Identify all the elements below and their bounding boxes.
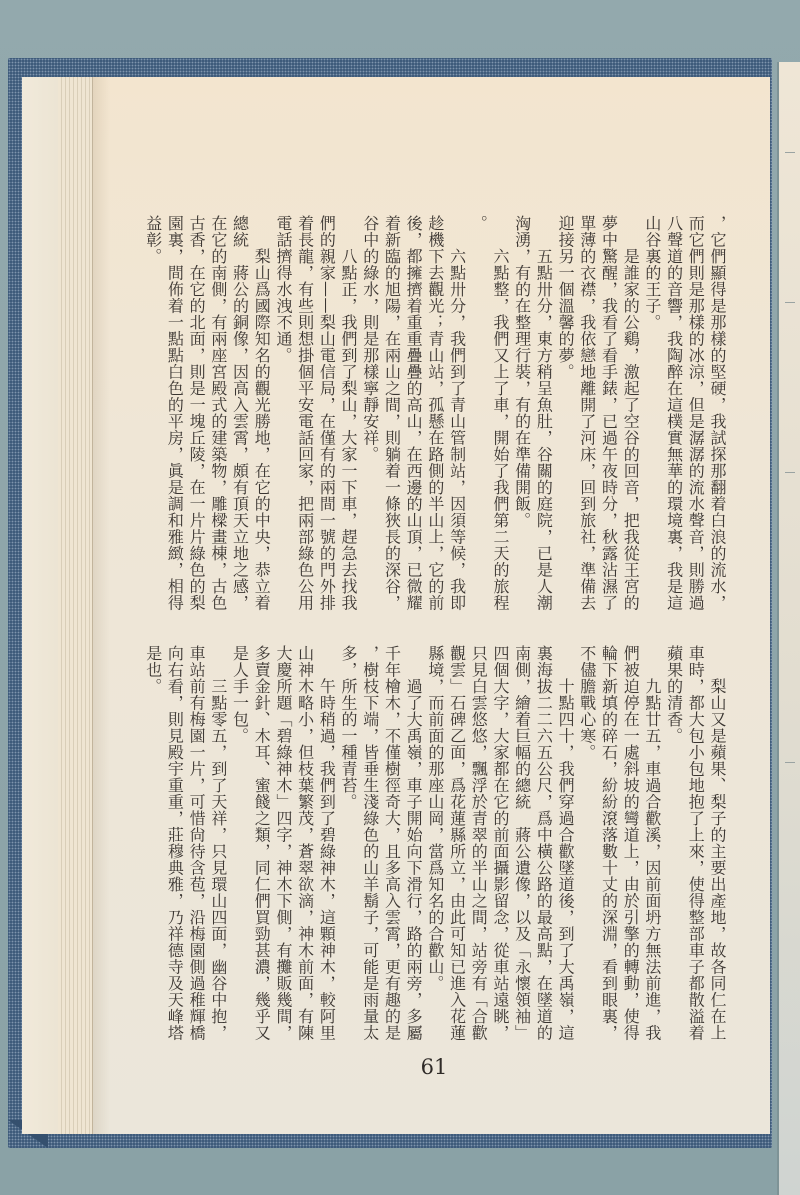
text-column: 是誰家的公鷄，激起了空谷的回音，把我從王宮的 xyxy=(619,215,641,619)
text-column: 觀雲」石碑乙面，爲花蓮縣所立，由此可知已進入花蓮 xyxy=(446,645,468,1049)
text-column: ，它們顯得是那樣的堅硬，我試探那翻着白浪的流水， xyxy=(706,215,728,619)
text-column: 九點廿五，車過合歡溪，因前面坍方無法前進，我 xyxy=(641,645,663,1049)
edge-mark xyxy=(785,302,795,303)
text-column: 向右看，則見殿宇重重，莊穆典雅，乃祥德寺及天峰塔 xyxy=(164,645,186,1049)
text-column: 趁機下去觀光；青山站，孤懸在路側的半山上，它的前 xyxy=(424,215,446,619)
text-column: 多，所生的一種青苔。 xyxy=(337,645,359,1049)
text-column: 四個大字，大家都在它的前面攝影留念，從車站遠眺， xyxy=(489,645,511,1049)
lower-text-block: 梨山又是蘋果、梨子的主要出產地，故各同仁在上 車時，都大包小包地抱了上來，使得整… xyxy=(142,645,728,1049)
text-column: 山神木略小，但枝葉繁茂，蒼翠欲滴，神木前面，有陳 xyxy=(294,645,316,1049)
text-column: 單薄的衣襟，我依戀地離開了河床，回到旅社，準備去 xyxy=(576,215,598,619)
text-column: 園裏，間佈着一點點白色的平房，眞是調和雅緻，相得 xyxy=(164,215,186,619)
text-column: 着新臨的旭陽，在兩山之間，則躺着一條狹長的深谷， xyxy=(381,215,403,619)
text-column: 洶湧，有的在整理行裝，有的在準備開飯。 xyxy=(511,215,533,619)
text-column: 三點零五，到了天祥，只見環山四面，幽谷中抱， xyxy=(207,645,229,1049)
text-column: 們的親家——梨山電信局，在僅有的兩間一號的門外排 xyxy=(316,215,338,619)
text-column: 夢中驚醒，我看了看手錶，已過午夜時分，秋露沾濕了 xyxy=(598,215,620,619)
text-column: 着長龍，有些則想掛個平安電話回家，把兩部綠色公用 xyxy=(294,215,316,619)
flyleaf-edge xyxy=(22,77,58,1134)
text-column: 不儘膽戰心寒。 xyxy=(576,645,598,1049)
text-column: 六點整，我們又上了車，開始了我們第二天的旅程 xyxy=(489,215,511,619)
text-column: 輪下新填的碎石，紛紛滾落數十丈的深淵，看到眼裏， xyxy=(598,645,620,1049)
text-column: 後，都擁擠着重重疊疊的高山，在西邊的山頂，已微耀 xyxy=(402,215,424,619)
text-column: 。 xyxy=(468,215,490,619)
text-column: 而它們則是那樣的冰涼，但是潺潺的流水聲音，則勝過 xyxy=(685,215,707,619)
text-column: 是也。 xyxy=(142,645,164,1049)
text-column: 縣境，而前面的那座山岡，當爲知名的合歡山。 xyxy=(424,645,446,1049)
page-stack-edges xyxy=(58,77,93,1134)
text-column: 古香，在它的北面，則是一塊丘陵，在一片片綠色的梨 xyxy=(185,215,207,619)
gutter-shadow xyxy=(92,77,110,1134)
text-column: 午時稍過，我們到了碧綠神木，這顆神木，較阿里 xyxy=(316,645,338,1049)
text-column: 多賣金針、木耳、蜜餞之類，同仁們買勁甚濃，幾乎又 xyxy=(251,645,273,1049)
text-column: 裏海拔二二六五公尺，爲中橫公路的最高點，在墜道的 xyxy=(533,645,555,1049)
page-number: 61 xyxy=(418,1055,450,1079)
text-column: 梨山又是蘋果、梨子的主要出產地，故各同仁在上 xyxy=(706,645,728,1049)
edge-mark xyxy=(785,762,795,763)
edge-mark xyxy=(785,152,795,153)
text-column: 大慶所題「碧綠神木」四字，神木下側，有攤販幾間， xyxy=(272,645,294,1049)
text-column: 蘋果的清香。 xyxy=(663,645,685,1049)
text-column: 梨山爲國際知名的觀光勝地，在它的中央，恭立着 xyxy=(251,215,273,619)
text-column: 車時，都大包小包地抱了上來，使得整部車子都散溢着 xyxy=(685,645,707,1049)
text-column: 六點卅分，我們到了青山管制站，因須等候，我即 xyxy=(446,215,468,619)
text-column: 十點四十，我們穿過合歡墜道後，到了大禹嶺，這 xyxy=(554,645,576,1049)
text-column: 電話擠得水洩不通。 xyxy=(272,215,294,619)
text-column: 谷中的綠水，則是那樣寧靜安祥。 xyxy=(359,215,381,619)
text-column: 千年檜木，不僅樹徑奇大，且多高入雲霄，更有趣的是 xyxy=(381,645,403,1049)
edge-mark xyxy=(785,472,795,473)
text-column: 總統 蔣公的銅像，因高入雲霄，頗有頂天立地之感， xyxy=(229,215,251,619)
text-column: 南側，繪着巨幅的總統 蔣公遺像，以及「永懷領袖」 xyxy=(511,645,533,1049)
adjacent-page-edge xyxy=(777,62,800,1195)
text-column: 五點卅分，東方稍呈魚肚，谷關的庭院，已是人潮 xyxy=(533,215,555,619)
text-column: 八聲道的音響，我陶醉在這樸實無華的環境裏，我是這 xyxy=(663,215,685,619)
text-column: 車站前有梅園一片，可惜尙待含苞，沿梅園側過稚輝橋 xyxy=(185,645,207,1049)
text-column: 只見白雲悠悠，飄浮於青翠的半山之間，站旁有「合歡 xyxy=(468,645,490,1049)
text-column: 過了大禹嶺，車子開始向下滑行，路的兩旁，多屬 xyxy=(402,645,424,1049)
text-column: 迎接另一個溫馨的夢。 xyxy=(554,215,576,619)
text-column: 益彰。 xyxy=(142,215,164,619)
text-column: 們被迫停在一處斜坡的彎道上，由於引擎的轉動，使得 xyxy=(619,645,641,1049)
text-column: 是人手一包。 xyxy=(229,645,251,1049)
text-column: 山谷裏的王子。 xyxy=(641,215,663,619)
upper-text-block: ，它們顯得是那樣的堅硬，我試探那翻着白浪的流水， 而它們則是那樣的冰涼，但是潺潺… xyxy=(142,215,728,619)
text-column: ，樹枝下端，皆垂生淺綠色的山羊鬍子，可能是雨量太 xyxy=(359,645,381,1049)
text-column: 在它的南側，有兩座宮殿式的建築物，雕樑畫棟，古色 xyxy=(207,215,229,619)
text-column: 八點正，我們到了梨山，大家一下車，趕急去找我 xyxy=(337,215,359,619)
